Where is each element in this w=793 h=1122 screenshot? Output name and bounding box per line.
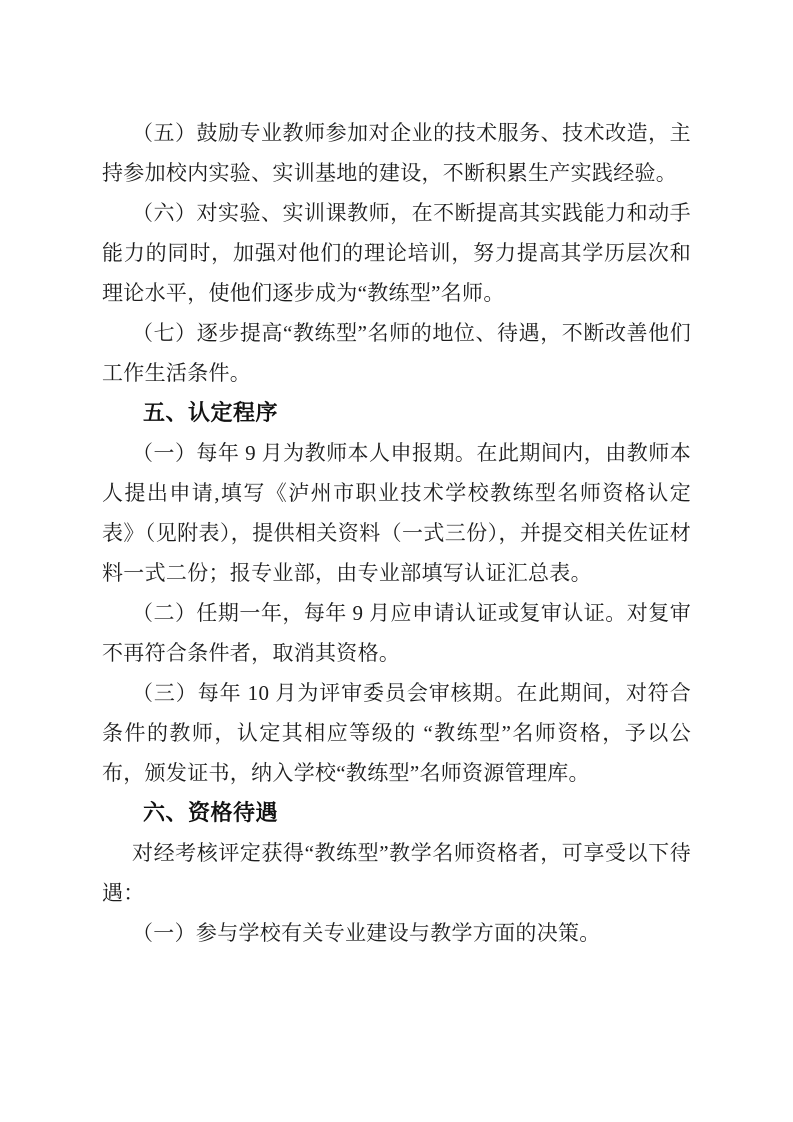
body-paragraph: （六）对实验、实训课教师，在不断提高其实践能力和动手能力的同时，加强对他们的理论… [102,193,691,313]
document-page: （五）鼓励专业教师参加对企业的技术服务、技术改造，主持参加校内实验、实训基地的建… [0,0,793,1122]
body-paragraph: （五）鼓励专业教师参加对企业的技术服务、技术改造，主持参加校内实验、实训基地的建… [102,113,691,193]
body-paragraph: （三）每年 10 月为评审委员会审核期。在此期间，对符合条件的教师，认定其相应等… [102,673,691,793]
document-content: （五）鼓励专业教师参加对企业的技术服务、技术改造，主持参加校内实验、实训基地的建… [102,113,691,953]
body-paragraph: （一）参与学校有关专业建设与教学方面的决策。 [102,913,691,953]
body-paragraph: （二）任期一年，每年 9 月应申请认证或复审认证。对复审不再符合条件者，取消其资… [102,593,691,673]
section-heading: 六、资格待遇 [102,793,691,833]
body-paragraph: （一）每年 9 月为教师本人申报期。在此期间内，由教师本人提出申请,填写《泸州市… [102,433,691,593]
section-heading: 五、认定程序 [102,393,691,433]
body-paragraph: （七）逐步提高“教练型”名师的地位、待遇，不断改善他们工作生活条件。 [102,313,691,393]
body-paragraph: 对经考核评定获得“教练型”教学名师资格者，可享受以下待遇： [102,833,691,913]
